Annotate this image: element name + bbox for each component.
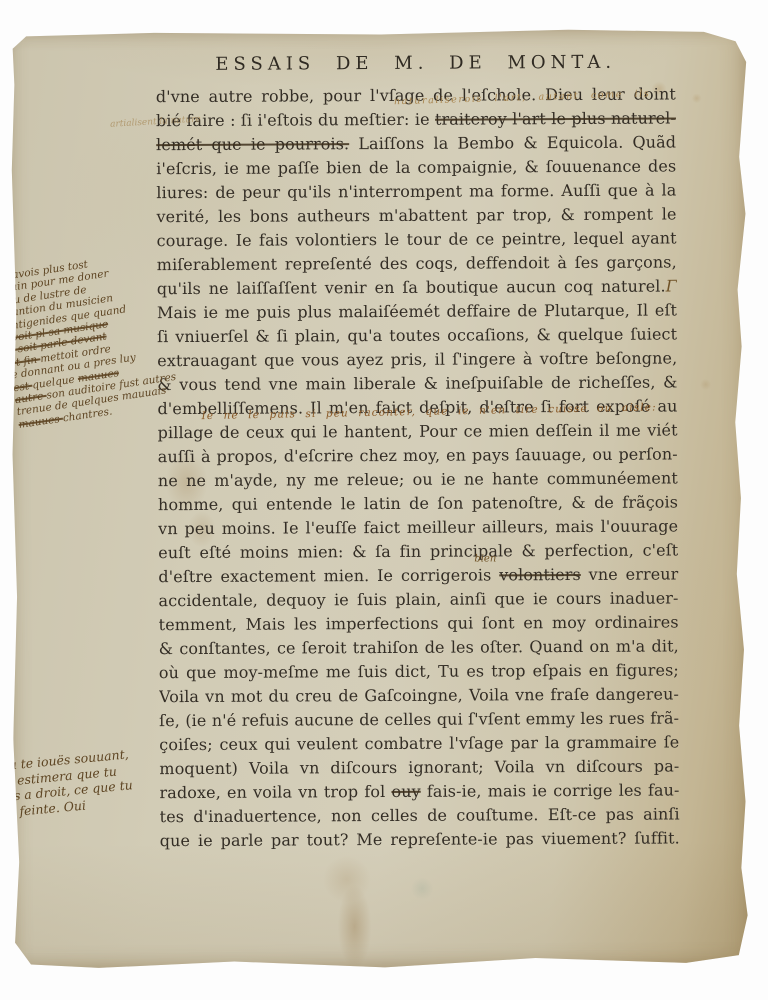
text-line: courage. Ie fais volontiers le tour de c… <box>157 226 677 253</box>
text-line: temment, Mais les imperfections qui ſont… <box>159 610 679 637</box>
text-line: ne ne m'ayde, ny me releue; ou ie ne han… <box>158 466 678 493</box>
interlinear-note-bien: bien <box>474 553 496 564</box>
text-line: ſe, (ie n'é refuis aucune de celles qui … <box>159 706 679 733</box>
text-line: & vous tend vne main liberale & ineſpuiſ… <box>157 370 677 397</box>
text-line: extrauagant que vous ayez pris, il ſ'ing… <box>157 346 677 373</box>
handwritten-margin-note-left: Et avois plus tostsouin pour me donerpeu… <box>0 249 174 431</box>
text-line: moquent) Voila vn diſcours ignorant; Voi… <box>159 754 679 781</box>
text-line: bié faire : ſi i'eſtois du meſtier: ie t… <box>156 106 676 133</box>
text-line: ſi vniuerſel & ſi plain, qu'a toutes occ… <box>157 322 677 349</box>
text-line: Mais ie me puis plus malaiſéemét deffair… <box>157 298 677 325</box>
text-line: çoiſes; ceux qui veulent combatre l'vſag… <box>159 730 679 757</box>
text-line: miſerablement repreſenté des coqs, deffe… <box>157 250 677 277</box>
text-line: tes d'inaduertence, non celles de couſtu… <box>160 802 680 829</box>
text-line: i'eſcris, ie me paſſe bien de la compaig… <box>156 154 676 181</box>
text-line: verité, les bons autheurs m'abattent par… <box>156 202 676 229</box>
running-header: ESSAIS DE M. DE MONTA. <box>156 51 676 75</box>
text-line: & conſtantes, ce ſeroit trahiſon de les … <box>159 634 679 661</box>
book-photo: ESSAIS DE M. DE MONTA. d'vne autre robbe… <box>0 0 768 1000</box>
book-page: ESSAIS DE M. DE MONTA. d'vne autre robbe… <box>4 24 762 976</box>
text-line: auſſi à propos, d'eſcrire chez moy, en p… <box>158 442 678 469</box>
text-line: que ie parle par tout? Me repreſente-ie … <box>160 826 680 853</box>
text-line: d'eſtre exactement mien. Ie corrigerois … <box>158 562 678 589</box>
text-line: homme, qui entende le latin de ſon paten… <box>158 490 678 517</box>
text-line: radoxe, en voila vn trop fol ouy fais-ie… <box>159 778 679 805</box>
text-line: Voila vn mot du creu de Gaſcoingne, Voil… <box>159 682 679 709</box>
text-line: qu'ils ne laiſſaſſent venir en ſa boutiq… <box>157 274 677 301</box>
text-line: où que moy-meſme me ſuis dict, Tu es tro… <box>159 658 679 685</box>
text-line: liures: de peur qu'ils n'interrompent ma… <box>156 178 676 205</box>
text-line: vn peu moins. Ie l'euſſe faict meilleur … <box>158 514 678 541</box>
printed-text-block: d'vne autre robbe, pour l'vſage de l'eſc… <box>156 82 680 853</box>
text-line: lemét que ie pourrois. Laiſſons la Bembo… <box>156 130 676 157</box>
text-line: euſt eſté moins mien: & ſa fin principal… <box>158 538 678 565</box>
text-line: accidentale, dequoy ie ſuis plain, ainſi… <box>158 586 678 613</box>
text-line: pillage de ceux qui le hantent, Pour ce … <box>158 418 678 445</box>
